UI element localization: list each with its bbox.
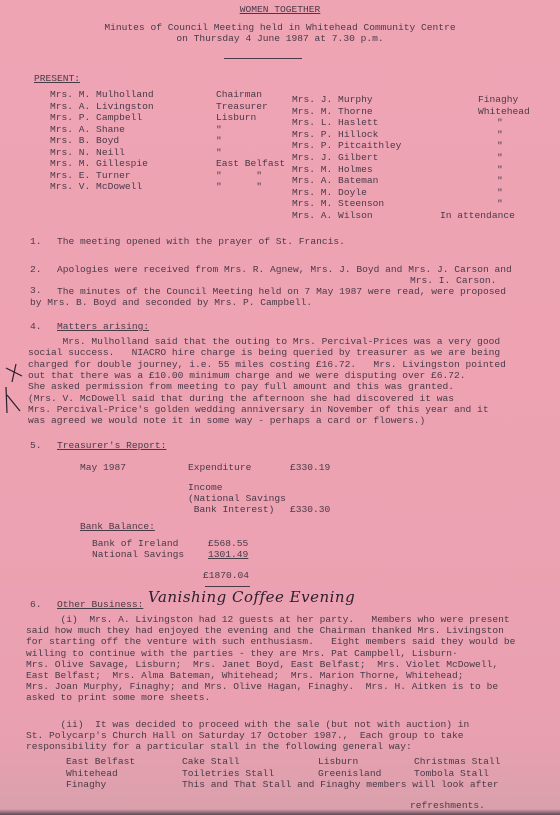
bank-account-label: National Savings (92, 549, 184, 560)
stall-name: Christmas Stall (414, 756, 500, 767)
attendee-name: Mrs. M. Gillespie (50, 158, 148, 169)
paragraph-line: said how much they had enjoyed the eveni… (26, 625, 504, 636)
item-3-line-2: by Mrs. B. Boyd and seconded by Mrs. P. … (30, 297, 312, 308)
item-2-line-1: Apologies were received from Mrs. R. Agn… (57, 264, 512, 275)
attendee-role: " (497, 164, 503, 175)
paragraph-line: Mrs. Percival-Price's golden wedding ann… (28, 404, 489, 415)
item-4-number: 4. (30, 321, 42, 332)
attendee-name: Mrs. J. Murphy (292, 94, 373, 105)
attendee-role: " (497, 198, 503, 209)
attendee-name: Mrs. A. Wilson (292, 210, 373, 221)
item-6-heading: Other Business: (57, 599, 143, 610)
paragraph-line: responsibility for a particular stall in… (26, 741, 412, 752)
attendee-role: " (216, 135, 222, 146)
attendee-name: Mrs. P. Hillock (292, 129, 378, 140)
bank-account-value: £568.55 (208, 538, 248, 549)
paragraph-line: charged for double journey, i.e. 55 mile… (28, 359, 506, 370)
item-1-text: The meeting opened with the prayer of St… (57, 236, 345, 247)
attendee-role: East Belfast (216, 158, 285, 169)
attendee-role: " " (216, 181, 262, 192)
paragraph-line: for starting off the venture with such e… (26, 636, 515, 647)
attendee-name: Mrs. M. Thorne (292, 106, 373, 117)
attendee-name: Mrs. L. Haslett (292, 117, 378, 128)
paragraph-line: out that there was a £10.00 minimum char… (28, 370, 466, 381)
bank-balance-heading: Bank Balance: (80, 521, 155, 532)
attendee-role: " (497, 187, 503, 198)
paragraph-line: She asked permission from meeting to pay… (28, 381, 454, 392)
paragraph-line: was agreed we would note it in some way … (28, 415, 425, 426)
paragraph-line: social success. NIACRO hire charge is be… (28, 347, 500, 358)
item-4-heading: Matters arising: (57, 321, 149, 332)
income-label-1: Income (188, 482, 223, 493)
attendee-role: Treasurer (216, 101, 268, 112)
stall-name: Tombola Stall (414, 768, 489, 779)
attendee-role: " (497, 140, 503, 151)
document-page: WOMEN TOGETHER Minutes of Council Meetin… (0, 0, 560, 815)
attendee-role: Finaghy (478, 94, 518, 105)
income-value: £330.30 (290, 504, 330, 515)
present-heading: PRESENT: (34, 73, 80, 84)
attendee-name: Mrs. M. Doyle (292, 187, 367, 198)
paragraph-line: (i) Mrs. A. Livingston had 12 guests at … (26, 614, 510, 625)
attendee-name: Mrs. E. Turner (50, 170, 131, 181)
item-3-line-1: The minutes of the Council Meeting held … (57, 286, 506, 297)
stall-name: Cake Stall (182, 756, 240, 767)
attendee-role: Chairman (216, 89, 262, 100)
attendee-name: Mrs. J. Gilbert (292, 152, 378, 163)
header-divider (224, 58, 302, 59)
stall-name: Toiletries Stall (182, 768, 274, 779)
paragraph-line: Mrs. Olive Savage, Lisburn; Mrs. Janet B… (26, 659, 498, 670)
income-label-2: (National Savings (188, 493, 286, 504)
attendee-role: " (216, 147, 222, 158)
attendee-name: Mrs. V. McDowell (50, 181, 142, 192)
page-bottom-edge (0, 809, 560, 815)
income-label-3: Bank Interest) (188, 504, 274, 515)
attendee-name: Mrs. M. Steenson (292, 198, 384, 209)
item-6-number: 6. (30, 599, 42, 610)
attendee-role: " (497, 175, 503, 186)
item-2-line-2: Mrs. I. Carson. (410, 275, 496, 286)
expenditure-value: £330.19 (290, 462, 330, 473)
stall-group: Lisburn (318, 756, 358, 767)
stall-group: East Belfast (66, 756, 135, 767)
item-2-number: 2. (30, 264, 42, 275)
paragraph-line: asked to print some more sheets. (26, 692, 210, 703)
stall-group: Greenisland (318, 768, 381, 779)
attendee-name: Mrs. P. Pitcaithley (292, 140, 401, 151)
report-period: May 1987 (80, 462, 126, 473)
item-5-heading: Treasurer's Report: (57, 440, 166, 451)
paragraph-line: Mrs. Mulholland said that the outing to … (28, 336, 500, 347)
attendee-role: " (497, 129, 503, 140)
attendee-name: Mrs. M. Mulholland (50, 89, 154, 100)
paragraph-line: East Belfast; Mrs. Alma Bateman, Whitehe… (26, 670, 464, 681)
attendee-role: " (497, 152, 503, 163)
paragraph-line: (Mrs. V. McDowell said that during the a… (28, 393, 454, 404)
item-1-number: 1. (30, 236, 42, 247)
minutes-title: Minutes of Council Meeting held in White… (0, 22, 560, 33)
paragraph-line: St. Polycarp's Church Hall on Saturday 1… (26, 730, 464, 741)
attendee-role: " (497, 117, 503, 128)
attendee-name: Mrs. A. Livingston (50, 101, 154, 112)
paragraph-line: Mrs. Joan Murphy, Finaghy; and Mrs. Oliv… (26, 681, 498, 692)
handwritten-annotation: Vanishing Coffee Evening (148, 592, 355, 603)
attendee-name: Mrs. N. Neill (50, 147, 125, 158)
expenditure-label: Expenditure (188, 462, 251, 473)
attendee-role: " " (216, 170, 262, 181)
attendee-name: Mrs. B. Boyd (50, 135, 119, 146)
paragraph-line: (ii) It was decided to proceed with the … (26, 719, 469, 730)
organisation-title: WOMEN TOGETHER (0, 4, 560, 15)
stall-group: Finaghy (66, 779, 106, 790)
attendee-name: Mrs. M. Holmes (292, 164, 373, 175)
stall-name: This and That Stall and Finaghy members … (182, 779, 499, 790)
paragraph-line: willing to continue with the parties - t… (26, 648, 458, 659)
attendee-name: Mrs. P. Campbell (50, 112, 142, 123)
attendee-role: " (216, 124, 222, 135)
attendee-role: Whitehead (478, 106, 530, 117)
attendee-role: In attendance (440, 210, 515, 221)
bank-account-label: Bank of Ireland (92, 538, 178, 549)
item-5-number: 5. (30, 440, 42, 451)
bank-total: £1870.04 (203, 570, 249, 581)
attendee-role: Lisburn (216, 112, 256, 123)
stall-group: Whitehead (66, 768, 118, 779)
bank-account-value: 1301.49 (208, 549, 248, 560)
attendee-name: Mrs. A. Bateman (292, 175, 378, 186)
item-3-number: 3. (30, 285, 42, 296)
margin-tick-mark-icon (2, 385, 26, 415)
attendee-name: Mrs. A. Shane (50, 124, 125, 135)
bank-total-underline (205, 586, 250, 587)
minutes-date: on Thursday 4 June 1987 at 7.30 p.m. (0, 33, 560, 44)
margin-cross-mark-icon (2, 362, 26, 384)
